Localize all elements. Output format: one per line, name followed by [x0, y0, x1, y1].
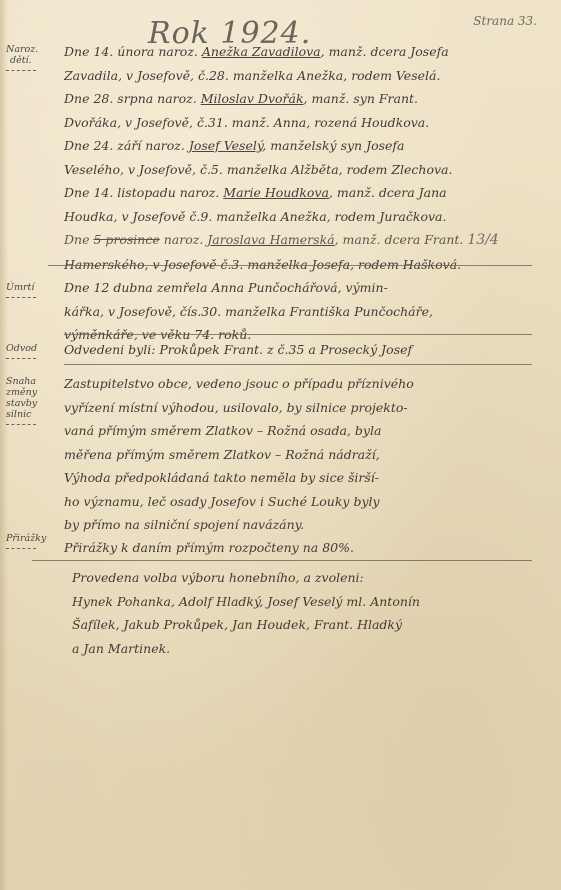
text-line: Dne 12 dubna zemřela Anna Punčochářová, … — [64, 276, 534, 300]
text-line: Zastupitelstvo obce, vedeno jsouc o příp… — [64, 372, 534, 396]
section-divider — [64, 364, 532, 365]
text-line: a Jan Martinek. — [72, 637, 542, 661]
margin-label-line: Úmrtí — [6, 282, 50, 293]
margin-label-line: změny — [6, 387, 50, 398]
text-line: Veselého, v Josefově, č.5. manželka Alžb… — [64, 158, 534, 182]
margin-label-surcharges: Přirážky — [6, 533, 50, 549]
underline-flourish — [6, 421, 36, 425]
text-line: by přímo na silniční spojení navázány. — [64, 513, 534, 537]
section-divider — [32, 560, 532, 561]
margin-label-line: dětí. — [6, 55, 50, 66]
text-line: Výhoda předpokládaná takto neměla by sic… — [64, 466, 534, 490]
child-name: Marie Houdkova — [223, 185, 329, 200]
margin-label-line: silnic — [6, 409, 50, 420]
surcharges-entry: Přirážky k daním přímým rozpočteny na 80… — [64, 536, 534, 560]
text-line: vyřízení místní výhodou, usilovalo, by s… — [64, 396, 534, 420]
margin-label-line: Přirážky — [6, 533, 50, 544]
text-line: kářka, v Josefově, čís.30. manželka Fran… — [64, 300, 534, 324]
margin-label-line: stavby — [6, 398, 50, 409]
underline-flourish — [6, 545, 36, 549]
child-name: Miloslav Dvořák — [201, 91, 304, 106]
child-name: Jaroslava Hamerská — [207, 232, 334, 247]
margin-label-deaths: Úmrtí — [6, 282, 50, 298]
election-entry: Provedena volba výboru honebního, a zvol… — [72, 566, 542, 660]
margin-label-line: Snaha — [6, 376, 50, 387]
text-line: Provedena volba výboru honebního, a zvol… — [72, 566, 542, 590]
pencil-correction-date: 13/4 — [467, 232, 498, 248]
text-line: Dvořáka, v Josefově, č.31. manž. Anna, r… — [64, 111, 534, 135]
text-line: Šafílek, Jakub Prokůpek, Jan Houdek, Fra… — [72, 613, 542, 637]
text-line: vaná přímým směrem Zlatkov – Rožná osada… — [64, 419, 534, 443]
child-name: Anežka Zavadilova — [202, 44, 321, 59]
struck-date: 5 prosince — [93, 232, 159, 247]
text-line: Hynek Pohanka, Adolf Hladký, Josef Vesel… — [72, 590, 542, 614]
page-number: Strana 33. — [473, 14, 537, 28]
margin-label-conscription: Odvod — [6, 343, 50, 359]
text-line: Dne 28. srpna naroz. Miloslav Dvořák, ma… — [64, 87, 534, 111]
margin-label-births: Naroz. dětí. — [6, 44, 50, 71]
text-line: Zavadila, v Josefově, č.28. manželka Ane… — [64, 64, 534, 88]
underline-flourish — [6, 294, 36, 298]
text-line: měřena přímým směrem Zlatkov – Rožná nád… — [64, 443, 534, 467]
text-line: Dne 14. února naroz. Anežka Zavadilova, … — [64, 40, 534, 64]
underline-flourish — [6, 67, 36, 71]
text-line: Dne 5 prosince naroz. Jaroslava Hamerská… — [64, 228, 534, 253]
conscription-entry: Odvedeni byli: Prokůpek Frant. z č.35 a … — [64, 338, 534, 362]
road-entry: Zastupitelstvo obce, vedeno jsouc o příp… — [64, 372, 534, 537]
births-entry: Dne 14. února naroz. Anežka Zavadilova, … — [64, 40, 534, 276]
underline-flourish — [6, 355, 36, 359]
section-divider — [64, 334, 532, 335]
margin-label-line: Naroz. — [6, 44, 50, 55]
section-divider — [48, 265, 532, 266]
text-line: Dne 14. listopadu naroz. Marie Houdkova,… — [64, 181, 534, 205]
text-line: Dne 24. září naroz. Josef Veselý, manžel… — [64, 134, 534, 158]
margin-label-road: Snaha změny stavby silnic — [6, 376, 50, 425]
text-line: ho významu, leč osady Josefov i Suché Lo… — [64, 490, 534, 514]
child-name: Josef Veselý — [189, 138, 262, 153]
chronicle-page: Rok 1924. Strana 33. Naroz. dětí. Dne 14… — [0, 0, 561, 890]
margin-label-line: Odvod — [6, 343, 50, 354]
deaths-entry: Dne 12 dubna zemřela Anna Punčochářová, … — [64, 276, 534, 347]
text-line: Odvedeni byli: Prokůpek Frant. z č.35 a … — [64, 338, 534, 362]
text-line: Přirážky k daním přímým rozpočteny na 80… — [64, 536, 534, 560]
text-line: Houdka, v Josefově č.9. manželka Anežka,… — [64, 205, 534, 229]
